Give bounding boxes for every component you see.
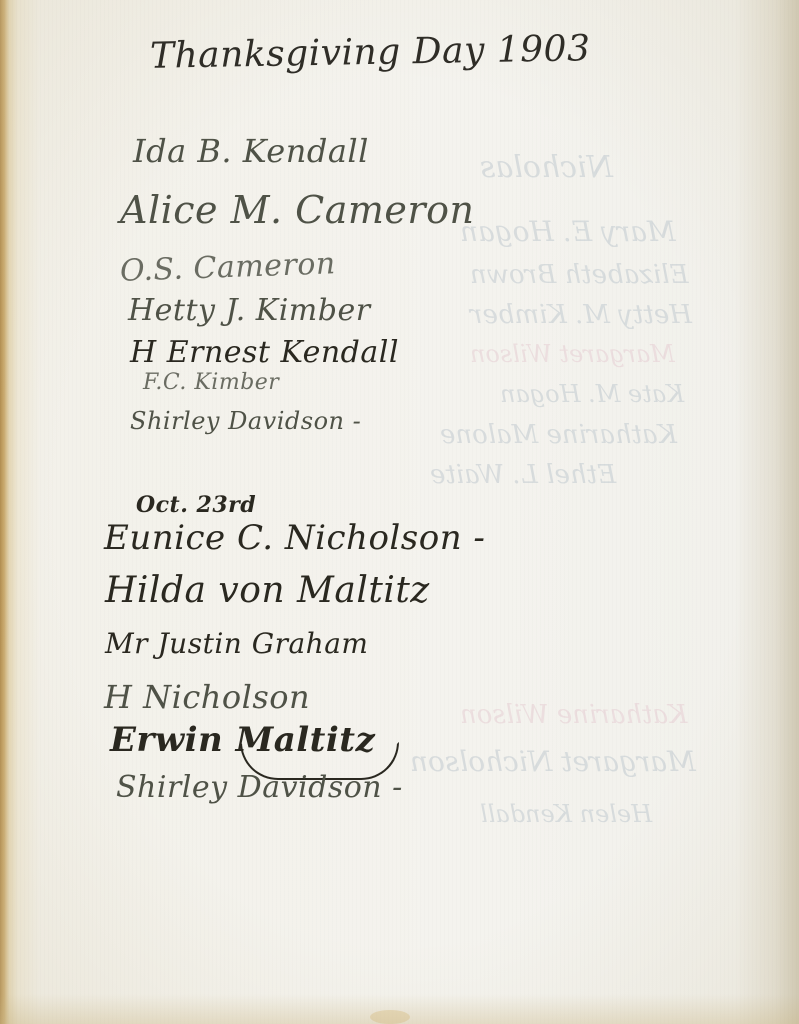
show-through-text: Margaret Wilson bbox=[470, 340, 675, 368]
show-through-text: Mary E. Hogan bbox=[460, 215, 676, 248]
show-through-text: Hetty M. Kimber bbox=[470, 300, 692, 330]
show-through-text: Katharine Malone bbox=[440, 420, 677, 450]
show-through-text: Katharine Wilson bbox=[460, 700, 687, 730]
show-through-text: Elizabeth Brown bbox=[470, 260, 689, 290]
signature: H Ernest Kendall bbox=[130, 335, 399, 370]
show-through-text: Nicholas bbox=[480, 150, 613, 185]
show-through-text: Ethel L. Waite bbox=[430, 460, 616, 490]
signature: O.S. Cameron bbox=[119, 246, 336, 289]
signature: Shirley Davidson - bbox=[116, 770, 403, 805]
signature: H Nicholson bbox=[104, 678, 310, 716]
signature: Mr Justin Graham bbox=[105, 627, 368, 660]
entry-date: Oct. 23rd bbox=[136, 492, 256, 518]
signature: Hilda von Maltitz bbox=[105, 570, 430, 611]
show-through-text: Kate M. Hogan bbox=[500, 380, 684, 408]
page-edge-shadow bbox=[0, 994, 799, 1024]
signature: Shirley Davidson - bbox=[130, 407, 361, 435]
page-heading: Thanksgiving Day 1903 bbox=[150, 28, 591, 77]
show-through-text: Margaret Nicholson bbox=[410, 745, 696, 778]
paper-texture bbox=[0, 0, 799, 1024]
signature: Hetty J. Kimber bbox=[128, 293, 371, 328]
guestbook-page: Nicholas Mary E. Hogan Elizabeth Brown H… bbox=[0, 0, 799, 1024]
show-through-text: Helen Kendall bbox=[480, 800, 652, 828]
signature: Eunice C. Nicholson - bbox=[104, 518, 485, 558]
signature: Ida B. Kendall bbox=[133, 132, 369, 170]
signature: F.C. Kimber bbox=[143, 370, 279, 395]
signature: Alice M. Cameron bbox=[120, 188, 474, 232]
